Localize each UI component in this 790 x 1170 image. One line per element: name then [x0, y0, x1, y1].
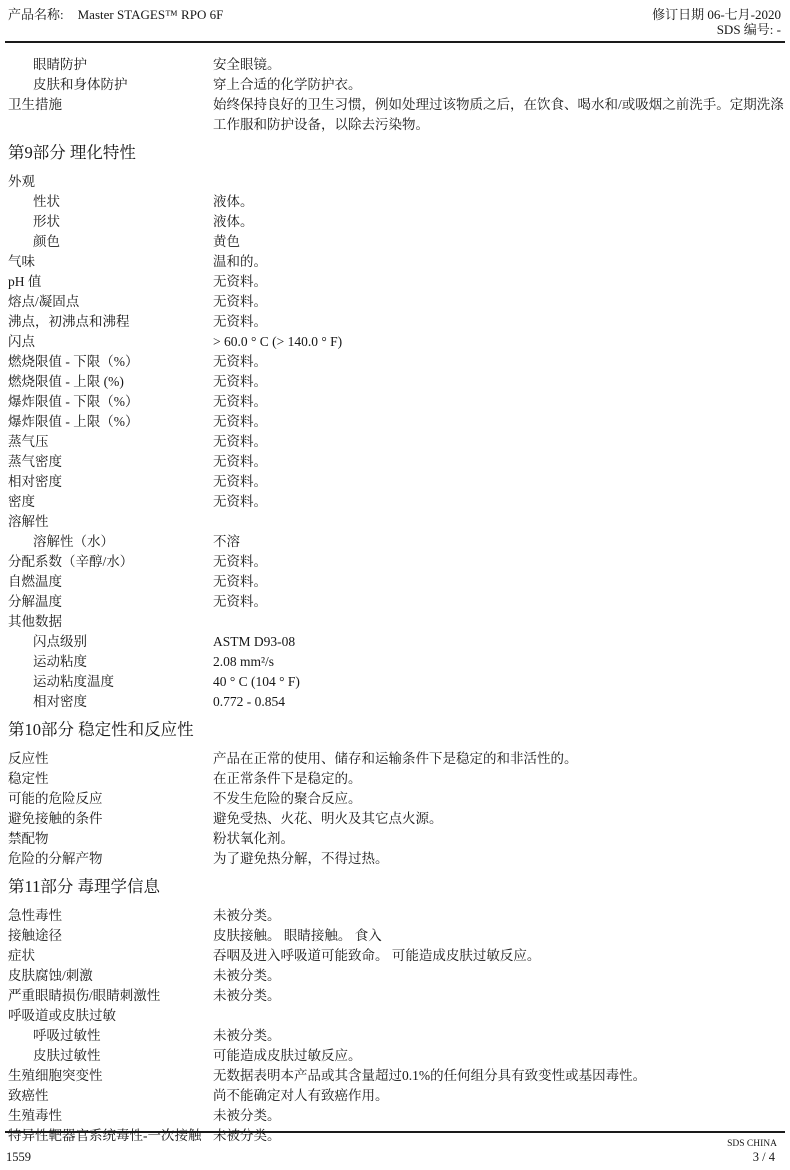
property-row: 燃烧限值 - 上限 (%)无资料。 — [5, 372, 785, 392]
property-row: 自燃温度无资料。 — [5, 572, 785, 592]
product-name-label: 产品名称: — [8, 7, 64, 22]
property-label: 蒸气密度 — [5, 452, 213, 472]
property-value: 无资料。 — [213, 552, 785, 572]
property-value: 皮肤接触。 眼睛接触。 食入 — [213, 926, 785, 946]
property-label: 运动粘度温度 — [5, 672, 213, 692]
property-value: 吞咽及进入呼吸道可能致命。 可能造成皮肤过敏反应。 — [213, 946, 785, 966]
property-label: 蒸气压 — [5, 432, 213, 452]
property-value — [213, 1006, 785, 1026]
property-row: 卫生措施始终保持良好的卫生习惯，例如处理过该物质之后，在饮食、喝水和/或吸烟之前… — [5, 95, 785, 135]
property-value: 在正常条件下是稳定的。 — [213, 769, 785, 789]
property-row: 皮肤腐蚀/刺激未被分类。 — [5, 966, 785, 986]
footer-doc-number: 1559 — [6, 1150, 31, 1165]
property-label: 燃烧限值 - 下限（%） — [5, 352, 213, 372]
property-row: 燃烧限值 - 下限（%）无资料。 — [5, 352, 785, 372]
property-value: 未被分类。 — [213, 906, 785, 926]
property-label: 性状 — [5, 192, 213, 212]
property-value: 液体。 — [213, 212, 785, 232]
property-value: 无资料。 — [213, 352, 785, 372]
section-title: 第9部分 理化特性 — [5, 142, 785, 164]
property-row: 危险的分解产物为了避免热分解，不得过热。 — [5, 849, 785, 869]
property-row: 接触途径皮肤接触。 眼睛接触。 食入 — [5, 926, 785, 946]
property-value: 未被分类。 — [213, 966, 785, 986]
property-value: > 60.0 ° C (> 140.0 ° F) — [213, 332, 785, 352]
property-row: 爆炸限值 - 下限（%）无资料。 — [5, 392, 785, 412]
property-row: 反应性产品在正常的使用、储存和运输条件下是稳定的和非活性的。 — [5, 749, 785, 769]
property-row: 沸点，初沸点和沸程无资料。 — [5, 312, 785, 332]
property-value: 产品在正常的使用、储存和运输条件下是稳定的和非活性的。 — [213, 749, 785, 769]
property-row: 生殖毒性未被分类。 — [5, 1106, 785, 1126]
property-label: 溶解性（水） — [5, 532, 213, 552]
property-label: 急性毒性 — [5, 906, 213, 926]
property-row: 避免接触的条件避免受热、火花、明火及其它点火源。 — [5, 809, 785, 829]
property-label: 稳定性 — [5, 769, 213, 789]
document-footer: SDS CHINA 1559 3 / 4 — [5, 1131, 785, 1165]
property-label: 爆炸限值 - 下限（%） — [5, 392, 213, 412]
property-label: 皮肤过敏性 — [5, 1046, 213, 1066]
property-row: 蒸气密度无资料。 — [5, 452, 785, 472]
document-header: 产品名称:Master STAGES™ RPO 6F 修订日期 06-七月-20… — [5, 7, 785, 37]
property-row: 严重眼睛损伤/眼睛刺激性未被分类。 — [5, 986, 785, 1006]
footer-page-number: 3 / 4 — [753, 1150, 775, 1165]
property-label: 严重眼睛损伤/眼睛刺激性 — [5, 986, 213, 1006]
property-value: 未被分类。 — [213, 1106, 785, 1126]
property-row: 分解温度无资料。 — [5, 592, 785, 612]
property-row: 稳定性在正常条件下是稳定的。 — [5, 769, 785, 789]
property-value: 无资料。 — [213, 312, 785, 332]
property-row: 相对密度无资料。 — [5, 472, 785, 492]
property-label: 闪点级别 — [5, 632, 213, 652]
property-label: 自燃温度 — [5, 572, 213, 592]
property-label: 呼吸过敏性 — [5, 1026, 213, 1046]
property-row: 溶解性（水）不溶 — [5, 532, 785, 552]
property-row: 症状吞咽及进入呼吸道可能致命。 可能造成皮肤过敏反应。 — [5, 946, 785, 966]
property-value: 2.08 mm²/s — [213, 652, 785, 672]
property-label: pH 值 — [5, 272, 213, 292]
property-label: 呼吸道或皮肤过敏 — [5, 1006, 213, 1026]
property-value: 无资料。 — [213, 392, 785, 412]
property-row: 闪点> 60.0 ° C (> 140.0 ° F) — [5, 332, 785, 352]
property-value — [213, 612, 785, 632]
property-value — [213, 172, 785, 192]
property-row: 呼吸过敏性未被分类。 — [5, 1026, 785, 1046]
property-label: 接触途径 — [5, 926, 213, 946]
section-title: 第11部分 毒理学信息 — [5, 876, 785, 898]
property-value: 无资料。 — [213, 372, 785, 392]
property-value: 无资料。 — [213, 492, 785, 512]
footer-row: 1559 3 / 4 — [5, 1150, 785, 1165]
property-value: 无资料。 — [213, 432, 785, 452]
revision-date: 修订日期 06-七月-2020 — [652, 7, 781, 22]
property-row: 闪点级别ASTM D93-08 — [5, 632, 785, 652]
property-row: 生殖细胞突变性无数据表明本产品或其含量超过0.1%的任何组分具有致变性或基因毒性… — [5, 1066, 785, 1086]
property-value: 可能造成皮肤过敏反应。 — [213, 1046, 785, 1066]
property-value: 无资料。 — [213, 452, 785, 472]
header-meta: 修订日期 06-七月-2020 SDS 编号: - — [652, 7, 785, 37]
property-row: 蒸气压无资料。 — [5, 432, 785, 452]
property-value: 无资料。 — [213, 472, 785, 492]
property-row: 气味温和的。 — [5, 252, 785, 272]
product-name-line: 产品名称:Master STAGES™ RPO 6F — [5, 7, 223, 37]
property-label: 外观 — [5, 172, 213, 192]
property-label: 皮肤腐蚀/刺激 — [5, 966, 213, 986]
property-value: 始终保持良好的卫生习惯，例如处理过该物质之后，在饮食、喝水和/或吸烟之前洗手。定… — [213, 95, 785, 135]
property-row: 密度无资料。 — [5, 492, 785, 512]
section-title: 第10部分 稳定性和反应性 — [5, 719, 785, 741]
property-label: 反应性 — [5, 749, 213, 769]
property-label: 生殖细胞突变性 — [5, 1066, 213, 1086]
property-value: ASTM D93-08 — [213, 632, 785, 652]
document-body: 眼睛防护安全眼镜。皮肤和身体防护穿上合适的化学防护衣。卫生措施始终保持良好的卫生… — [5, 55, 785, 1146]
property-value: 为了避免热分解，不得过热。 — [213, 849, 785, 869]
property-row: 性状液体。 — [5, 192, 785, 212]
property-label: 分解温度 — [5, 592, 213, 612]
property-row: 皮肤和身体防护穿上合适的化学防护衣。 — [5, 75, 785, 95]
property-label: 皮肤和身体防护 — [5, 75, 213, 95]
footer-region: SDS CHINA — [5, 1138, 785, 1150]
property-label: 颜色 — [5, 232, 213, 252]
property-label: 相对密度 — [5, 692, 213, 712]
property-row: 禁配物粉状氧化剂。 — [5, 829, 785, 849]
property-row: 熔点/凝固点无资料。 — [5, 292, 785, 312]
property-row: 运动粘度2.08 mm²/s — [5, 652, 785, 672]
property-value: 未被分类。 — [213, 986, 785, 1006]
header-divider — [5, 41, 785, 43]
property-label: 生殖毒性 — [5, 1106, 213, 1126]
property-row: 其他数据 — [5, 612, 785, 632]
property-label: 眼睛防护 — [5, 55, 213, 75]
property-value — [213, 512, 785, 532]
property-row: 分配系数（辛醇/水）无资料。 — [5, 552, 785, 572]
property-label: 致癌性 — [5, 1086, 213, 1106]
property-row: 外观 — [5, 172, 785, 192]
property-label: 沸点，初沸点和沸程 — [5, 312, 213, 332]
property-value: 无资料。 — [213, 272, 785, 292]
property-row: 溶解性 — [5, 512, 785, 532]
property-label: 熔点/凝固点 — [5, 292, 213, 312]
footer-divider — [5, 1131, 785, 1133]
property-label: 运动粘度 — [5, 652, 213, 672]
property-label: 密度 — [5, 492, 213, 512]
property-label: 相对密度 — [5, 472, 213, 492]
property-row: 爆炸限值 - 上限（%）无资料。 — [5, 412, 785, 432]
property-value: 安全眼镜。 — [213, 55, 785, 75]
property-row: 可能的危险反应不发生危险的聚合反应。 — [5, 789, 785, 809]
property-label: 气味 — [5, 252, 213, 272]
property-label: 溶解性 — [5, 512, 213, 532]
property-label: 爆炸限值 - 上限（%） — [5, 412, 213, 432]
property-label: 禁配物 — [5, 829, 213, 849]
property-row: 眼睛防护安全眼镜。 — [5, 55, 785, 75]
property-label: 可能的危险反应 — [5, 789, 213, 809]
property-value: 避免受热、火花、明火及其它点火源。 — [213, 809, 785, 829]
sds-document-page: 产品名称:Master STAGES™ RPO 6F 修订日期 06-七月-20… — [0, 0, 790, 1170]
property-value: 不发生危险的聚合反应。 — [213, 789, 785, 809]
property-value: 尚不能确定对人有致癌作用。 — [213, 1086, 785, 1106]
property-label: 危险的分解产物 — [5, 849, 213, 869]
property-value: 液体。 — [213, 192, 785, 212]
property-row: 急性毒性未被分类。 — [5, 906, 785, 926]
property-label: 卫生措施 — [5, 95, 213, 135]
property-value: 无资料。 — [213, 572, 785, 592]
property-label: 闪点 — [5, 332, 213, 352]
property-row: 致癌性尚不能确定对人有致癌作用。 — [5, 1086, 785, 1106]
sds-number: SDS 编号: - — [652, 22, 781, 37]
property-value: 无数据表明本产品或其含量超过0.1%的任何组分具有致变性或基因毒性。 — [213, 1066, 785, 1086]
property-value: 温和的。 — [213, 252, 785, 272]
property-value: 不溶 — [213, 532, 785, 552]
property-value: 穿上合适的化学防护衣。 — [213, 75, 785, 95]
property-label: 症状 — [5, 946, 213, 966]
property-label: 分配系数（辛醇/水） — [5, 552, 213, 572]
property-label: 燃烧限值 - 上限 (%) — [5, 372, 213, 392]
property-label: 形状 — [5, 212, 213, 232]
property-value: 0.772 - 0.854 — [213, 692, 785, 712]
property-value: 无资料。 — [213, 592, 785, 612]
property-row: pH 值无资料。 — [5, 272, 785, 292]
property-row: 相对密度0.772 - 0.854 — [5, 692, 785, 712]
property-value: 40 ° C (104 ° F) — [213, 672, 785, 692]
property-row: 颜色黄色 — [5, 232, 785, 252]
property-value: 无资料。 — [213, 412, 785, 432]
property-label: 避免接触的条件 — [5, 809, 213, 829]
property-row: 皮肤过敏性可能造成皮肤过敏反应。 — [5, 1046, 785, 1066]
property-row: 运动粘度温度40 ° C (104 ° F) — [5, 672, 785, 692]
property-row: 形状液体。 — [5, 212, 785, 232]
property-value: 粉状氧化剂。 — [213, 829, 785, 849]
property-value: 无资料。 — [213, 292, 785, 312]
property-value: 未被分类。 — [213, 1026, 785, 1046]
property-row: 呼吸道或皮肤过敏 — [5, 1006, 785, 1026]
property-value: 黄色 — [213, 232, 785, 252]
property-label: 其他数据 — [5, 612, 213, 632]
product-name-value: Master STAGES™ RPO 6F — [78, 7, 224, 22]
